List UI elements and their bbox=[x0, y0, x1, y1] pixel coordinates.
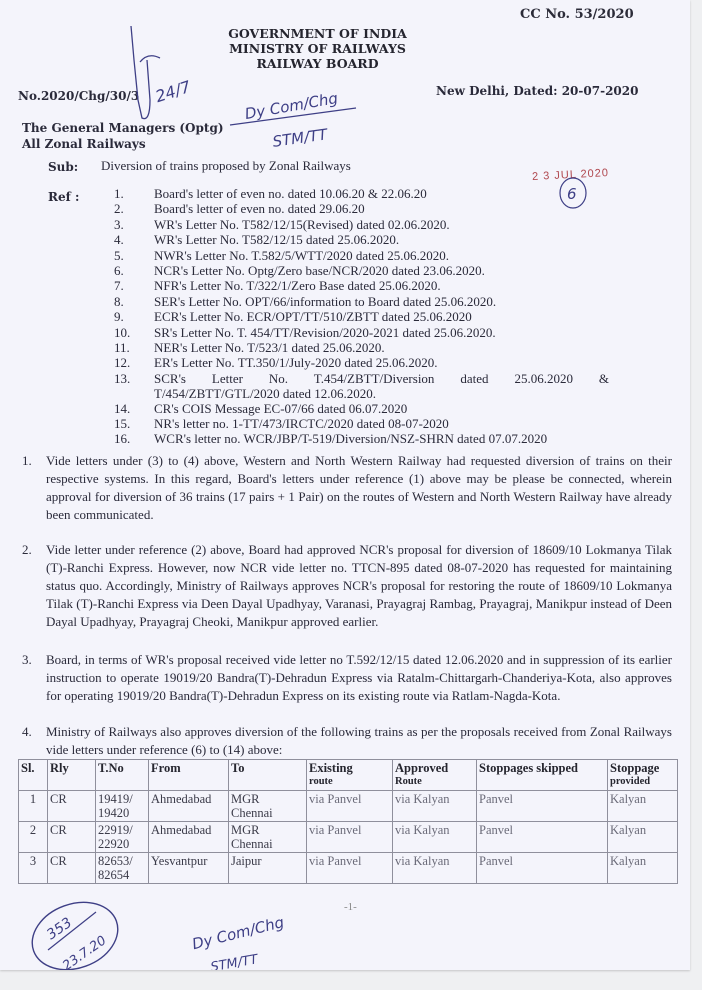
bottom-forward-note-2: STM/TT bbox=[209, 952, 260, 970]
forward-note-top: Dy Com/Chg bbox=[244, 89, 340, 123]
document-page: CC No. 53/2020 GOVERNMENT OF INDIA MINIS… bbox=[0, 0, 690, 970]
received-number: 6 bbox=[567, 185, 577, 203]
receipt-number: 353 bbox=[44, 915, 75, 943]
forward-note-bottom: STM/TT bbox=[271, 125, 330, 151]
initials-date: 24/7 bbox=[153, 77, 194, 106]
initials-signature-icon bbox=[131, 26, 160, 119]
bottom-forward-note-1: Dy Com/Chg bbox=[190, 913, 286, 953]
receipt-date: 23.7.20 bbox=[60, 933, 109, 970]
handwritten-annotations: 24/7 Dy Com/Chg STM/TT 6 353 23.7.20 Dy … bbox=[0, 0, 690, 970]
